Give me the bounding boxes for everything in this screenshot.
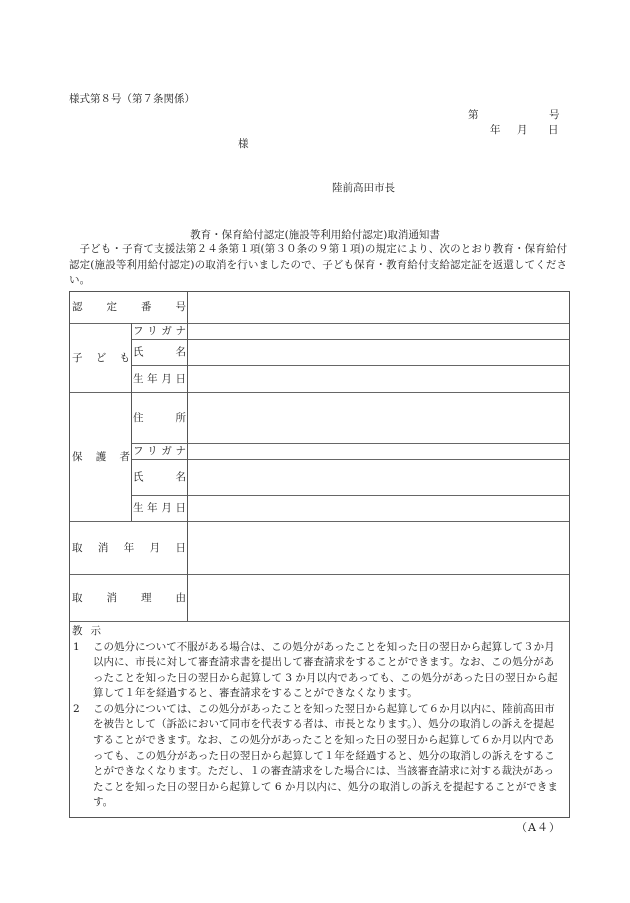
intro-paragraph: 子ども・子育て支援法第２４条第１項(第３０条の９第１項)の規定により、次のとおり… [69,242,575,289]
label-char: 年 [147,503,158,514]
label-char: 月 [161,374,172,385]
notice-item-text: この処分について不服がある場合は、この処分があったことを知った日の翌日から起算し… [83,640,567,702]
doc-number-suffix: 号 [549,110,560,121]
label-char: 名 [176,472,187,483]
guardian-furigana-field[interactable] [188,444,569,459]
notice-item-text: この処分については、この処分があったことを知った翌日から起算して６か月以内に、陸… [83,702,567,811]
column-divider [131,323,132,521]
label-child-group: 子 ど も [72,324,130,392]
paper-size-label: （A４） [516,822,561,833]
label-char: 子 [72,353,83,364]
date-month-label: 月 [517,125,528,136]
label-char: 名 [176,347,187,358]
form-number: 様式第８号（第７条関係） [69,94,195,105]
label-char: ガ [161,446,172,457]
label-guardian-birthdate: 生 年 月 日 [133,496,186,521]
label-guardian-group: 保 護 者 [72,393,130,521]
notice-item: 2 この処分については、この処分があったことを知った翌日から起算して６か月以内に… [72,702,567,811]
label-char: 取 [72,543,83,554]
label-char: リ [147,326,158,337]
label-char: フ [133,326,144,337]
label-char: ナ [175,446,186,457]
notice-item: 1 この処分について不服がある場合は、この処分があったことを知った日の翌日から起… [72,640,567,702]
label-char: 消 [98,543,109,554]
document-title: 教育・保育給付認定(施設等利用給付認定)取消通知書 [0,230,630,241]
label-char: も [120,353,131,364]
doc-number-prefix: 第 [468,110,479,121]
label-char: 日 [175,374,186,385]
label-child-birthdate: 生 年 月 日 [133,366,186,392]
label-char: 認 [72,302,83,313]
label-cancellation-date: 取 消 年 月 日 [72,522,186,574]
label-char: 取 [72,593,83,604]
intro-text: 子ども・子育て支援法第２４条第１項(第３０条の９第１項)の規定により、次のとおり… [69,242,575,289]
label-char: 理 [141,593,152,604]
label-char: 者 [120,452,131,463]
label-char: 消 [107,593,118,604]
label-char: 月 [150,543,161,554]
label-char: 住 [133,413,144,424]
label-child-furigana: フ リ ガ ナ [133,324,186,339]
label-guardian-address: 住 所 [133,393,186,443]
child-furigana-field[interactable] [188,324,569,339]
label-cancellation-reason: 取 消 理 由 [72,575,186,621]
label-char: 由 [176,593,187,604]
cancellation-reason-field[interactable] [188,575,569,621]
label-char: 号 [176,302,187,313]
label-char: 護 [96,452,107,463]
label-char: 定 [107,302,118,313]
label-char: フ [133,446,144,457]
guardian-address-field[interactable] [188,393,569,443]
label-char: ガ [161,326,172,337]
label-char: 所 [176,413,187,424]
label-char: 生 [133,374,144,385]
label-certification-number: 認 定 番 号 [72,292,186,323]
cancellation-date-field[interactable] [188,522,569,574]
addressee-suffix: 様 [238,139,249,150]
label-char: 氏 [133,472,144,483]
appeal-notice-section: 教示 1 この処分について不服がある場合は、この処分があったことを知った日の翌日… [69,622,570,811]
label-char: 保 [72,452,83,463]
guardian-birthdate-field[interactable] [188,496,569,521]
date-year-label: 年 [490,125,501,136]
label-guardian-name: 氏 名 [133,460,186,495]
guardian-name-field[interactable] [188,460,569,495]
child-birthdate-field[interactable] [188,366,569,392]
label-child-name: 氏 名 [133,340,186,365]
label-char: ど [96,353,107,364]
notice-title: 教示 [72,626,567,637]
label-guardian-furigana: フ リ ガ ナ [133,444,186,459]
label-char: リ [147,446,158,457]
label-char: 生 [133,503,144,514]
issuer: 陸前高田市長 [332,183,395,194]
label-char: ナ [175,326,186,337]
label-char: 月 [161,503,172,514]
date-day-label: 日 [548,125,559,136]
child-name-field[interactable] [188,340,569,365]
label-char: 日 [176,543,187,554]
label-char: 番 [141,302,152,313]
label-char: 氏 [133,347,144,358]
label-char: 日 [175,503,186,514]
certification-number-field[interactable] [188,292,569,323]
label-char: 年 [147,374,158,385]
label-char: 年 [124,543,135,554]
